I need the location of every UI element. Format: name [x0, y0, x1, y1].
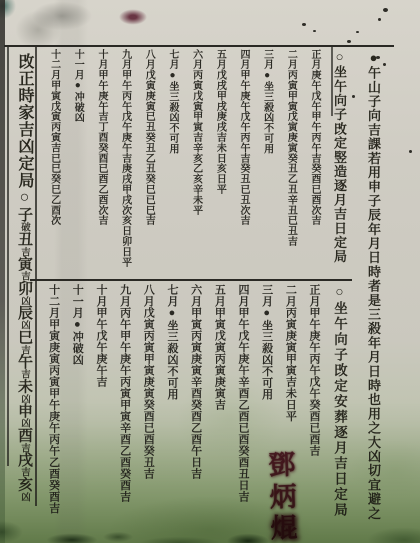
- ink-dot: [302, 23, 306, 26]
- month-column: 五月戊戌甲戌庚戌吉未日亥日平: [204, 49, 228, 278]
- hour-luck-mark: 凶: [19, 394, 29, 404]
- ink-dot: [378, 18, 381, 21]
- month-column: 六月丙寅戊寅甲寅吉辛亥乙亥辛未平: [180, 49, 204, 278]
- hour-branch: 子: [16, 207, 32, 222]
- hour-luck-mark: 凶: [19, 492, 29, 502]
- hour-branch: 丑: [16, 232, 32, 247]
- section-divider: [30, 279, 352, 281]
- month-column: 二月丙寅甲寅戊寅庚寅癸丑乙丑辛丑已丑吉: [275, 49, 299, 278]
- month-column: 九月丙午甲午庚午丙寅甲寅辛酉乙酉癸酉吉: [109, 284, 133, 524]
- month-column: 正月甲午庚午丙午戊午癸酉已酉吉: [298, 284, 322, 524]
- hour-column-title: 攺正時家吉凶定局○: [16, 53, 33, 207]
- month-column: 四月甲午戊午庚午辛酉乙酉已酉癸酉丑日吉: [227, 284, 251, 524]
- month-column: 十月甲午庚午吉丁酉癸酉已酉乙酉次吉: [85, 49, 109, 278]
- hour-luck-mark: 破: [19, 222, 29, 232]
- hour-branch: 戌: [16, 452, 32, 467]
- month-column: 十一月●冲破凶: [62, 284, 86, 524]
- hour-luck-mark: 吉: [19, 247, 29, 257]
- hour-luck-mark: 凶: [19, 418, 29, 428]
- hour-luck-mark: 吉: [19, 443, 29, 453]
- ink-dot: [383, 8, 388, 12]
- hour-luck-mark: 凶: [19, 296, 29, 306]
- hour-luck-mark: 凶: [19, 320, 29, 330]
- ink-dot: [352, 95, 355, 98]
- hour-branch: 卯: [16, 281, 32, 296]
- construction-table: ○坐午向子攺定竪造逐月吉日定局 正月庚午戊午甲午丙午吉癸酉已酉次吉二月丙寅甲寅戊…: [38, 49, 349, 278]
- hour-luck-mark: 吉: [19, 271, 29, 281]
- month-column: 七月●坐三殺凶不可用: [156, 49, 180, 278]
- month-column: 十月甲午戊午庚午吉: [85, 284, 109, 524]
- month-column: 十二月甲寅庚寅丙寅甲午庚午丙午乙酉癸酉吉: [38, 284, 62, 524]
- burial-month-columns: 正月甲午庚午丙午戊午癸酉已酉吉二月丙寅庚寅甲寅吉未日平三月●坐三殺凶不可用四月甲…: [38, 284, 322, 524]
- hour-column-pairs: 子破丑吉寅吉卯凶辰凶巳吉午吉未凶申凶酉吉戌吉亥凶: [16, 207, 33, 501]
- construction-table-header: ○坐午向子攺定竪造逐月吉日定局: [322, 49, 349, 278]
- ink-dot: [376, 56, 380, 59]
- hour-luck-mark: 吉: [19, 369, 29, 379]
- month-column: 五月甲寅戊寅丙寅庚寅吉: [204, 284, 228, 524]
- hour-branch: 午: [16, 354, 32, 369]
- ink-dot: [313, 30, 316, 32]
- month-column: 三月●坐三殺凶不可用: [251, 284, 275, 524]
- month-column: 正月庚午戊午甲午丙午吉癸酉已酉次吉: [298, 49, 322, 278]
- scan-edge-shadow: [0, 0, 5, 543]
- month-column: 十二月甲寅戊寅丙寅吉已巳癸巳乙酉次: [38, 49, 62, 278]
- month-column: 十一月●冲破凶: [62, 49, 86, 278]
- title-column: ●午山子向吉課若用申子辰年月日時者是三殺年月日時也用之大凶切宜避之: [347, 50, 383, 530]
- hour-branch: 亥: [16, 477, 32, 492]
- month-column: 七月●坐三殺凶不可用: [156, 284, 180, 524]
- month-column: 四月甲午庚午戊午丙午吉癸丑已丑次吉: [227, 49, 251, 278]
- month-column: 二月丙寅庚寅甲寅吉未日平: [275, 284, 299, 524]
- hour-luck-mark: 吉: [19, 467, 29, 477]
- month-column: 九月甲午丙午戊午庚午吉庚戌甲戌次亥日卯日平: [109, 49, 133, 278]
- ink-dot: [356, 31, 359, 33]
- construction-month-columns: 正月庚午戊午甲午丙午吉癸酉已酉次吉二月丙寅甲寅戊寅庚寅癸丑乙丑辛丑已丑吉三月●坐…: [38, 49, 322, 278]
- ink-dot: [383, 63, 386, 66]
- month-column: 三月●坐三殺凶不可用: [251, 49, 275, 278]
- hour-branch: 巳: [16, 330, 32, 345]
- ink-dot: [347, 40, 351, 43]
- month-column: 八月戊寅丙寅甲寅庚寅癸酉已酉癸丑吉: [133, 284, 157, 524]
- hour-luck-column: 攺正時家吉凶定局○子破丑吉寅吉卯凶辰凶巳吉午吉未凶申凶酉吉戌吉亥凶: [5, 53, 36, 527]
- hour-branch: 申: [16, 403, 32, 418]
- ink-dot: [409, 150, 412, 153]
- frame-top-border: [4, 45, 394, 47]
- hour-branch: 酉: [16, 428, 32, 443]
- hour-branch: 辰: [16, 305, 32, 320]
- hour-luck-mark: 吉: [19, 345, 29, 355]
- hour-branch: 寅: [16, 256, 32, 271]
- month-column: 八月戊寅庚寅已丑癸丑乙丑癸巳已巳吉: [133, 49, 157, 278]
- hour-branch: 未: [16, 379, 32, 394]
- almanac-page: ●午山子向吉課若用申子辰年月日時者是三殺年月日時也用之大凶切宜避之 ○坐午向子攺…: [0, 0, 420, 543]
- burial-table-header: ○坐午向子攺定安葬逐月吉日定局: [322, 284, 349, 524]
- month-column: 六月甲寅丙寅庚寅辛酉癸酉乙酉午日吉: [180, 284, 204, 524]
- burial-table: ○坐午向子攺定安葬逐月吉日定局 正月甲午庚午丙午戊午癸酉已酉吉二月丙寅庚寅甲寅吉…: [38, 284, 349, 524]
